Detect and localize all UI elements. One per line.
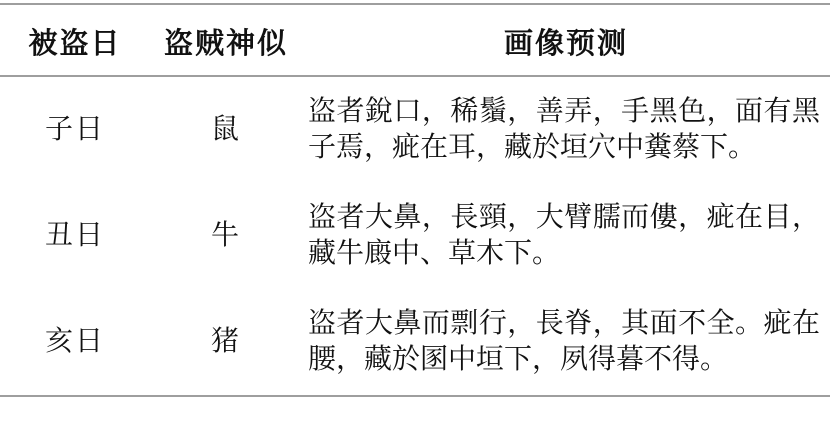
day-cell: 丑日 bbox=[0, 183, 150, 289]
header-row: 被盗日 盗贼神似 画像预测 bbox=[0, 5, 830, 76]
day-cell: 亥日 bbox=[0, 289, 150, 395]
document-page: 被盗日 盗贼神似 画像预测 子日 鼠 盗者銳口，稀鬚，善弄，手黑色，面有黑子焉，… bbox=[0, 0, 830, 447]
table-row-chou: 丑日 牛 盗者大鼻，長頸，大臂臑而僂，疵在目，藏牛廄中、草木下。 bbox=[0, 183, 830, 289]
header-thief-resembles: 盗贼神似 bbox=[150, 5, 302, 76]
animal-cell: 牛 bbox=[150, 183, 302, 289]
bottom-rule bbox=[0, 395, 830, 397]
prediction-cell: 盗者大鼻，長頸，大臂臑而僂，疵在目，藏牛廄中、草木下。 bbox=[302, 183, 830, 289]
table-row-zi: 子日 鼠 盗者銳口，稀鬚，善弄，手黑色，面有黑子焉，疵在耳，藏於垣穴中糞蔡下。 bbox=[0, 76, 830, 183]
animal-cell: 鼠 bbox=[150, 76, 302, 183]
day-cell: 子日 bbox=[0, 76, 150, 183]
prediction-cell: 盗者大鼻而剽行，長脊，其面不全。疵在腰，藏於圂中垣下，夙得暮不得。 bbox=[302, 289, 830, 395]
header-portrait-prediction: 画像预测 bbox=[302, 5, 830, 76]
table-row-hai: 亥日 猪 盗者大鼻而剽行，長脊，其面不全。疵在腰，藏於圂中垣下，夙得暮不得。 bbox=[0, 289, 830, 395]
animal-cell: 猪 bbox=[150, 289, 302, 395]
header-stolen-day: 被盗日 bbox=[0, 5, 150, 76]
divination-table: 被盗日 盗贼神似 画像预测 子日 鼠 盗者銳口，稀鬚，善弄，手黑色，面有黑子焉，… bbox=[0, 5, 830, 395]
prediction-cell: 盗者銳口，稀鬚，善弄，手黑色，面有黑子焉，疵在耳，藏於垣穴中糞蔡下。 bbox=[302, 76, 830, 183]
